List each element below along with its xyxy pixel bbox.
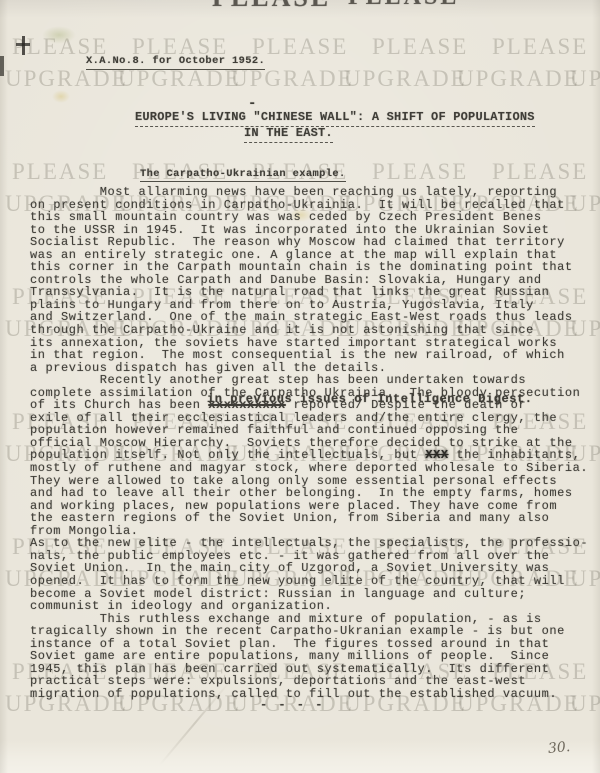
typed-line: in that region. The most consequential i…	[30, 349, 596, 362]
section-heading: The Carpatho-Ukrainian example.	[140, 168, 346, 182]
typed-line: through the Carpatho-Ukraine and it is n…	[30, 324, 596, 337]
typed-line: this small mountain country was was cede…	[30, 211, 596, 224]
typed-line: tragically shown in the recent Carpatho-…	[30, 625, 596, 638]
document-title-line1: EUROPE'S LIVING "CHINESE WALL": A SHIFT …	[135, 110, 535, 127]
typed-line: mostly of ruthene and magyar stock, wher…	[30, 462, 596, 475]
typed-line: Recently another great step has been und…	[30, 374, 596, 387]
typed-line: this corner in the Carpath mountain chai…	[30, 261, 596, 274]
typed-line: communist in ideology and organization.	[30, 600, 596, 613]
typed-line: opened. It has to form the new young eli…	[30, 575, 596, 588]
typed-line: Socialist Republic. The reason why Mosco…	[30, 236, 596, 249]
typed-line: Soviet game are entire populations, many…	[30, 650, 596, 663]
end-of-article-dashes: - - - -	[260, 698, 324, 712]
typed-line: and had to leave all their other belongi…	[30, 487, 596, 500]
typed-line: of its Church has been xxxxxxxxxx report…	[30, 399, 596, 412]
interline-insertion: in previous issues of Intelligence Diges…	[207, 393, 533, 406]
document-reference-header: X.A.No.8. for October 1952.	[86, 55, 265, 70]
typewritten-content: X.A.No.8. for October 1952. - EUROPE'S L…	[0, 0, 600, 773]
handwritten-page-number: 30.	[547, 739, 571, 757]
typed-line: As to the new elite - the intellectuals,…	[30, 537, 596, 550]
typed-line: the eastern regions of the Soviet Union,…	[30, 512, 596, 525]
typed-line: practical steps were: expulsions, deport…	[30, 675, 596, 688]
scanned-document-page: PLEASEPLEASEPLEASEPLEASEPLEASEPLEASEUPGR…	[0, 0, 600, 773]
document-title-line2: IN THE EAST.	[244, 126, 333, 143]
typed-line: Most allarming news have been reaching u…	[30, 186, 596, 199]
body-text: Most allarming news have been reaching u…	[30, 186, 596, 700]
